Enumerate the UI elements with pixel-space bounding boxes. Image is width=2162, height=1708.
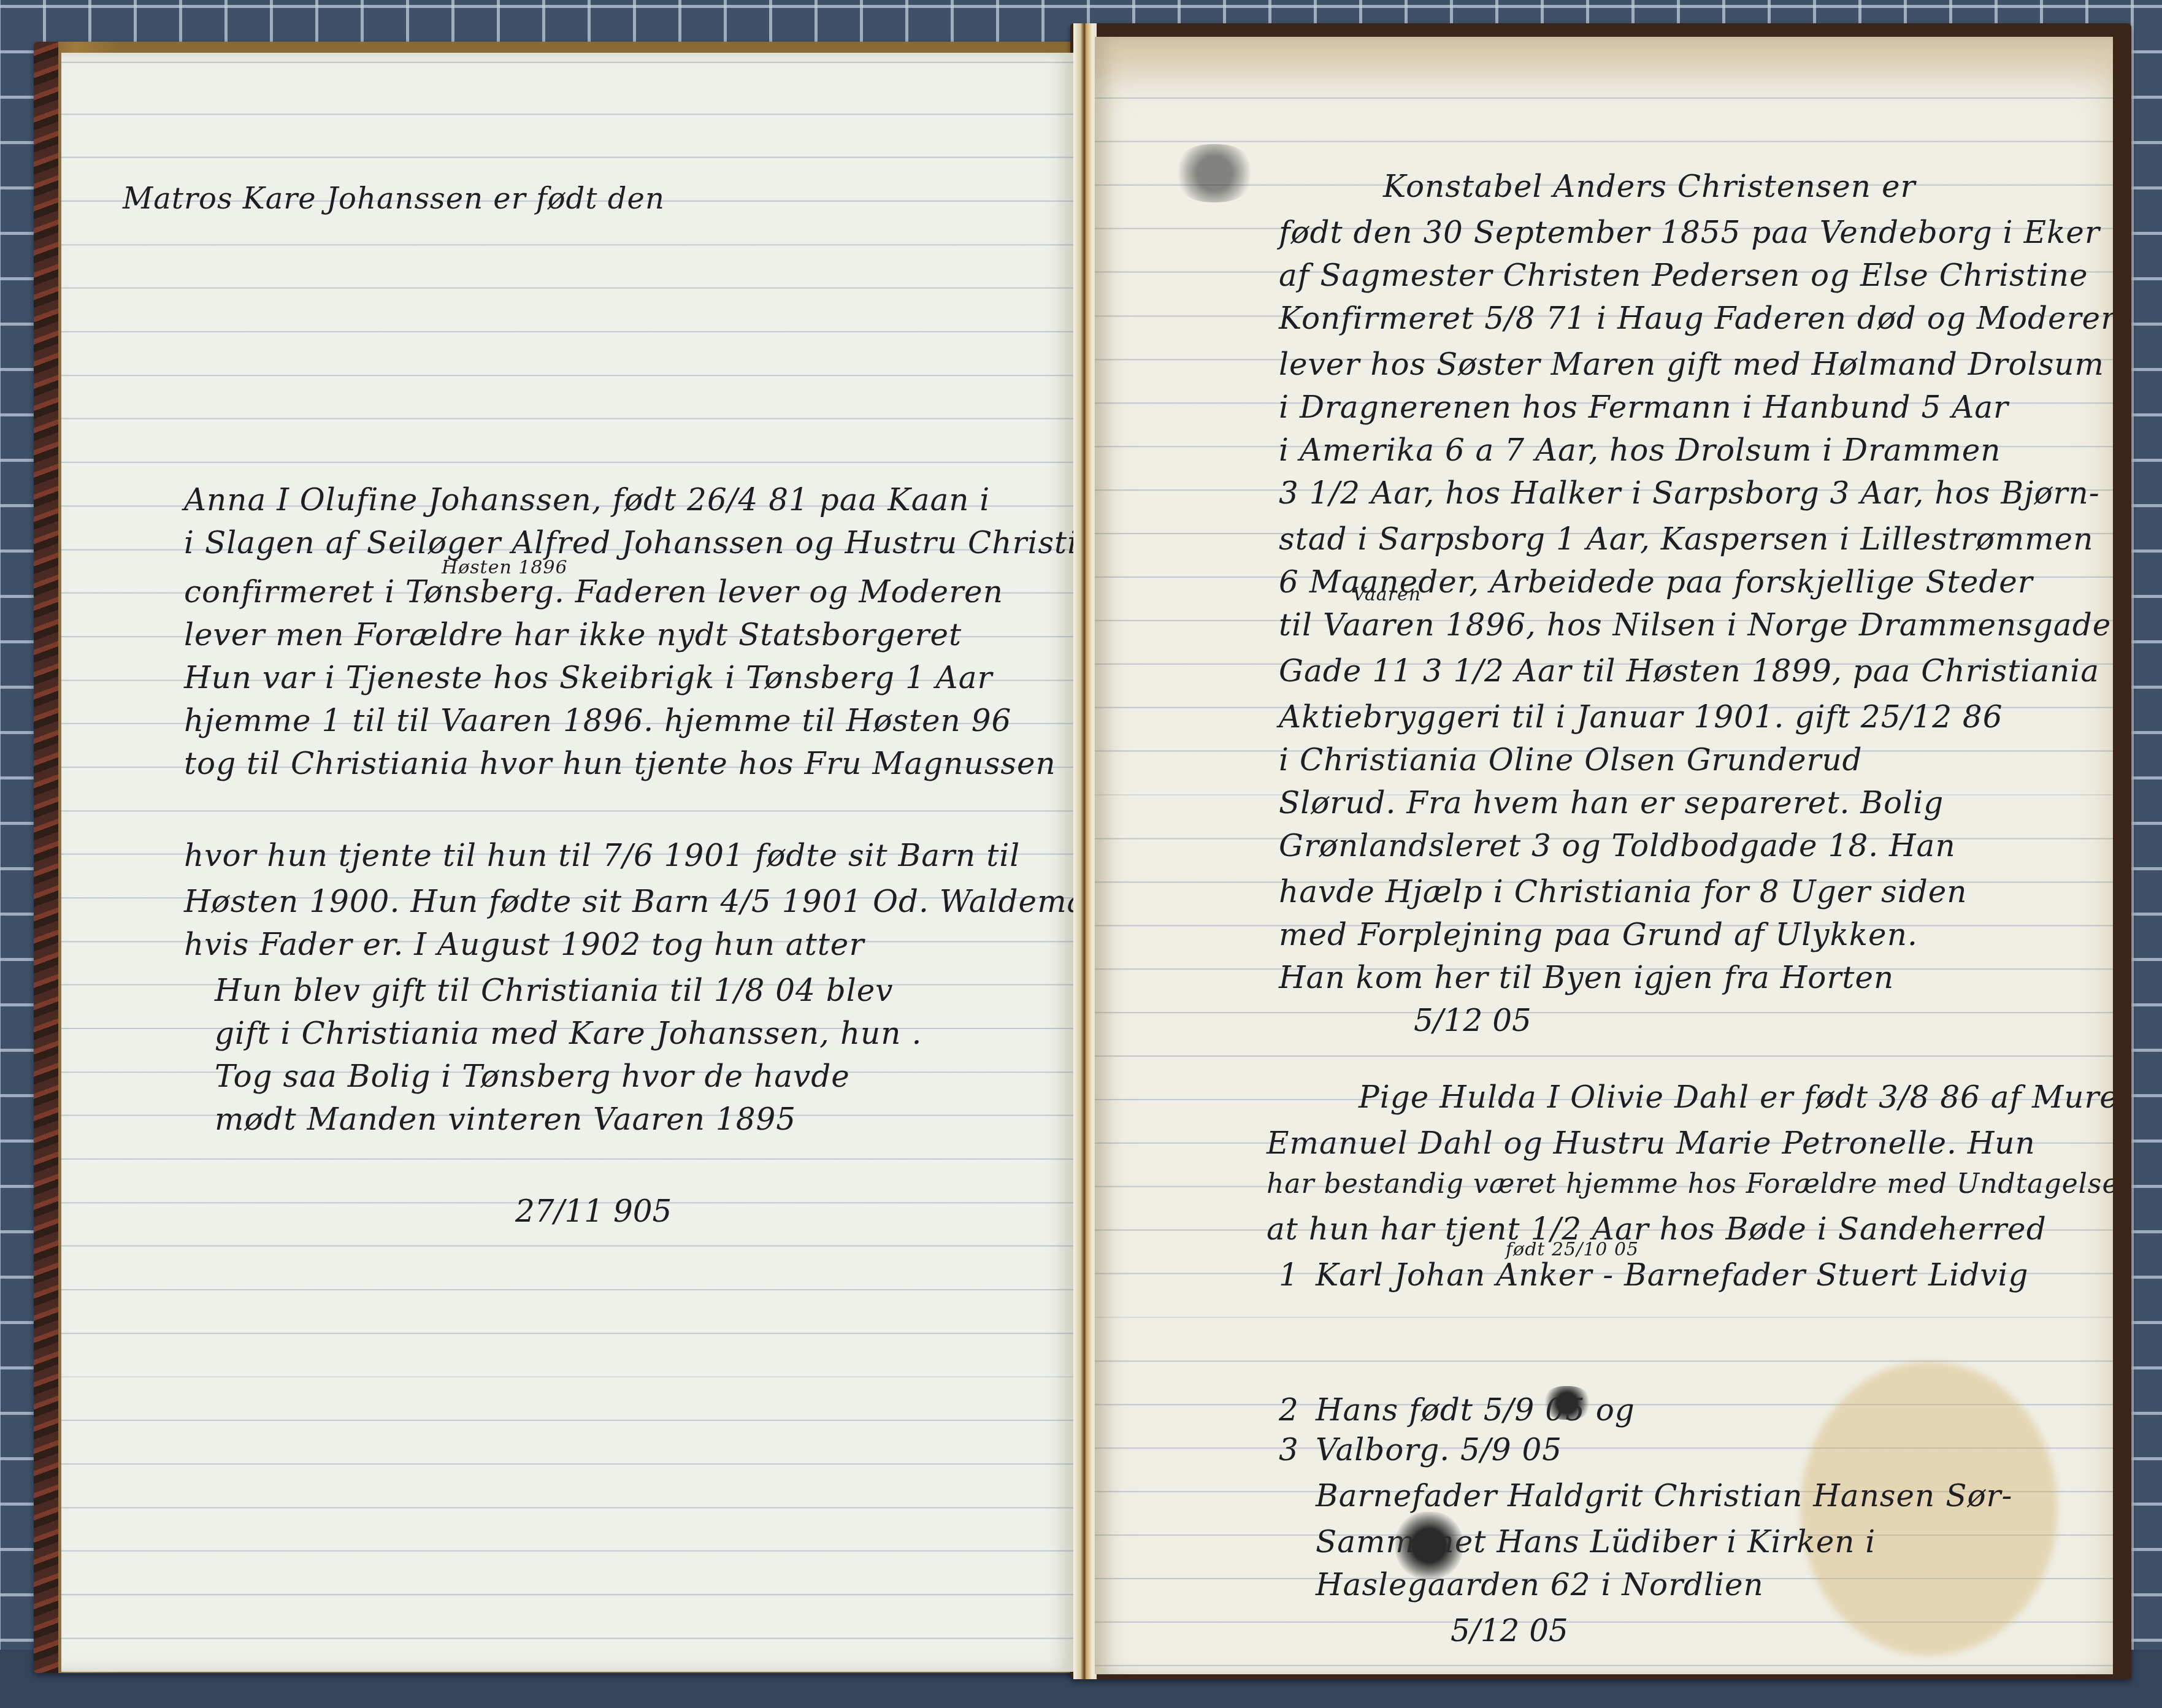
entry-line: Hun blev gift til Christiania til 1/8 04… [215, 973, 894, 1008]
entry-line: til Vaaren 1896, hos Nilsen i Norge Dram… [1279, 607, 2111, 643]
entry-line: confirmeret i Tønsberg. Faderen lever og… [184, 574, 1003, 610]
entry-line: med Forplejning paa Grund af Ulykken. [1279, 917, 1918, 952]
child-number: 3 [1279, 1432, 1299, 1468]
entry-line: Konfirmeret 5/8 71 i Haug Faderen død og… [1279, 301, 2113, 336]
entry-date: 5/12 05 [1414, 1003, 1531, 1038]
entry-line: Emanuel Dahl og Hustru Marie Petronelle.… [1267, 1125, 2036, 1161]
entry-line: 3 1/2 Aar, hos Halker i Sarpsborg 3 Aar,… [1279, 475, 2100, 511]
entry-line: Han kom her til Byen igjen fra Horten [1279, 960, 1894, 995]
entry-line: lever men Forældre har ikke nydt Statsbo… [184, 617, 962, 653]
entry-line: Konstabel Anders Christensen er [1383, 169, 1915, 204]
entry-line: Aktiebryggeri til i Januar 1901. gift 25… [1279, 699, 2003, 735]
entry-line: Pige Hulda I Olivie Dahl er født 3/8 86 … [1359, 1079, 2113, 1115]
entry-date: 5/12 05 [1451, 1613, 1568, 1649]
marbled-cover-edge [34, 42, 58, 1673]
entry-line: i Slagen af Seiløger Alfred Johanssen og… [184, 525, 1073, 561]
entry-line: lever hos Søster Maren gift med Hølmand … [1279, 347, 2104, 382]
entry-line: stad i Sarpsborg 1 Aar, Kaspersen i Lill… [1279, 521, 2093, 557]
interlinear-note: Vaaren [1352, 584, 1421, 605]
entry-line: hvis Fader er. I August 1902 tog hun att… [184, 927, 864, 962]
child-entry: Valborg. 5/9 05 [1316, 1432, 1562, 1468]
entry-date: 27/11 905 [515, 1193, 672, 1229]
entry-line: hjemme 1 til til Vaaren 1896. hjemme til… [184, 703, 1011, 738]
entry-line: født den 30 September 1855 paa Vendeborg… [1279, 215, 2100, 250]
ink-stain [1175, 144, 1254, 202]
child-number: 1 [1279, 1257, 1299, 1293]
left-page: Matros Kare Johanssen er født den Høsten… [61, 53, 1073, 1672]
entry-line: at hun har tjent 1/2 Aar hos Bøde i Sand… [1267, 1211, 2047, 1247]
child-entry: Karl Johan Anker - Barnefader Stuert Lid… [1316, 1257, 2028, 1293]
entry-line: i Amerika 6 a 7 Aar, hos Drolsum i Dramm… [1279, 432, 2001, 468]
entry-line: Gade 11 3 1/2 Aar til Høsten 1899, paa C… [1279, 653, 2099, 689]
entry-line: Grønlandsleret 3 og Toldbodgade 18. Han [1279, 828, 1956, 864]
entry-line: Tog saa Bolig i Tønsberg hvor de havde [215, 1059, 850, 1094]
entry-line: Hun var i Tjeneste hos Skeibrigk i Tønsb… [184, 660, 992, 695]
open-ledger-book: Matros Kare Johanssen er født den Høsten… [34, 23, 2131, 1682]
entry-line: gift i Christiania med Kare Johanssen, h… [215, 1016, 922, 1051]
entry-line: Slørud. Fra hvem han er separeret. Bolig [1279, 785, 1944, 821]
right-page: Konstabel Anders Christensen er født den… [1095, 37, 2113, 1674]
entry-line: hvor hun tjente til hun til 7/6 1901 fød… [184, 838, 1020, 873]
entry-line: i Dragnerenen hos Fermann i Hanbund 5 Aa… [1279, 389, 2009, 425]
entry-line: havde Hjælp i Christiania for 8 Uger sid… [1279, 874, 1968, 910]
entry-line: Høsten 1900. Hun fødte sit Barn 4/5 1901… [184, 884, 1073, 919]
child-number: 2 [1279, 1392, 1299, 1428]
ink-blot [1543, 1386, 1592, 1420]
entry-line: Barnefader Haldgrit Christian Hansen Sør… [1316, 1478, 2012, 1514]
entry-line: Anna I Olufine Johanssen, født 26/4 81 p… [184, 482, 990, 518]
entry-line: af Sagmester Christen Pedersen og Else C… [1279, 258, 2088, 293]
entry-line: mødt Manden vinteren Vaaren 1895 [215, 1101, 796, 1137]
entry-line: tog til Christiania hvor hun tjente hos … [184, 746, 1056, 781]
entry-line: Haslegaarden 62 i Nordlien [1316, 1567, 1764, 1603]
book-gutter [1073, 23, 1097, 1679]
entry-line: i Christiania Oline Olsen Grunderud [1279, 742, 1863, 778]
left-page-heading: Matros Kare Johanssen er født den [123, 182, 665, 216]
entry-line: har bestandig været hjemme hos Forældre … [1267, 1168, 2113, 1200]
